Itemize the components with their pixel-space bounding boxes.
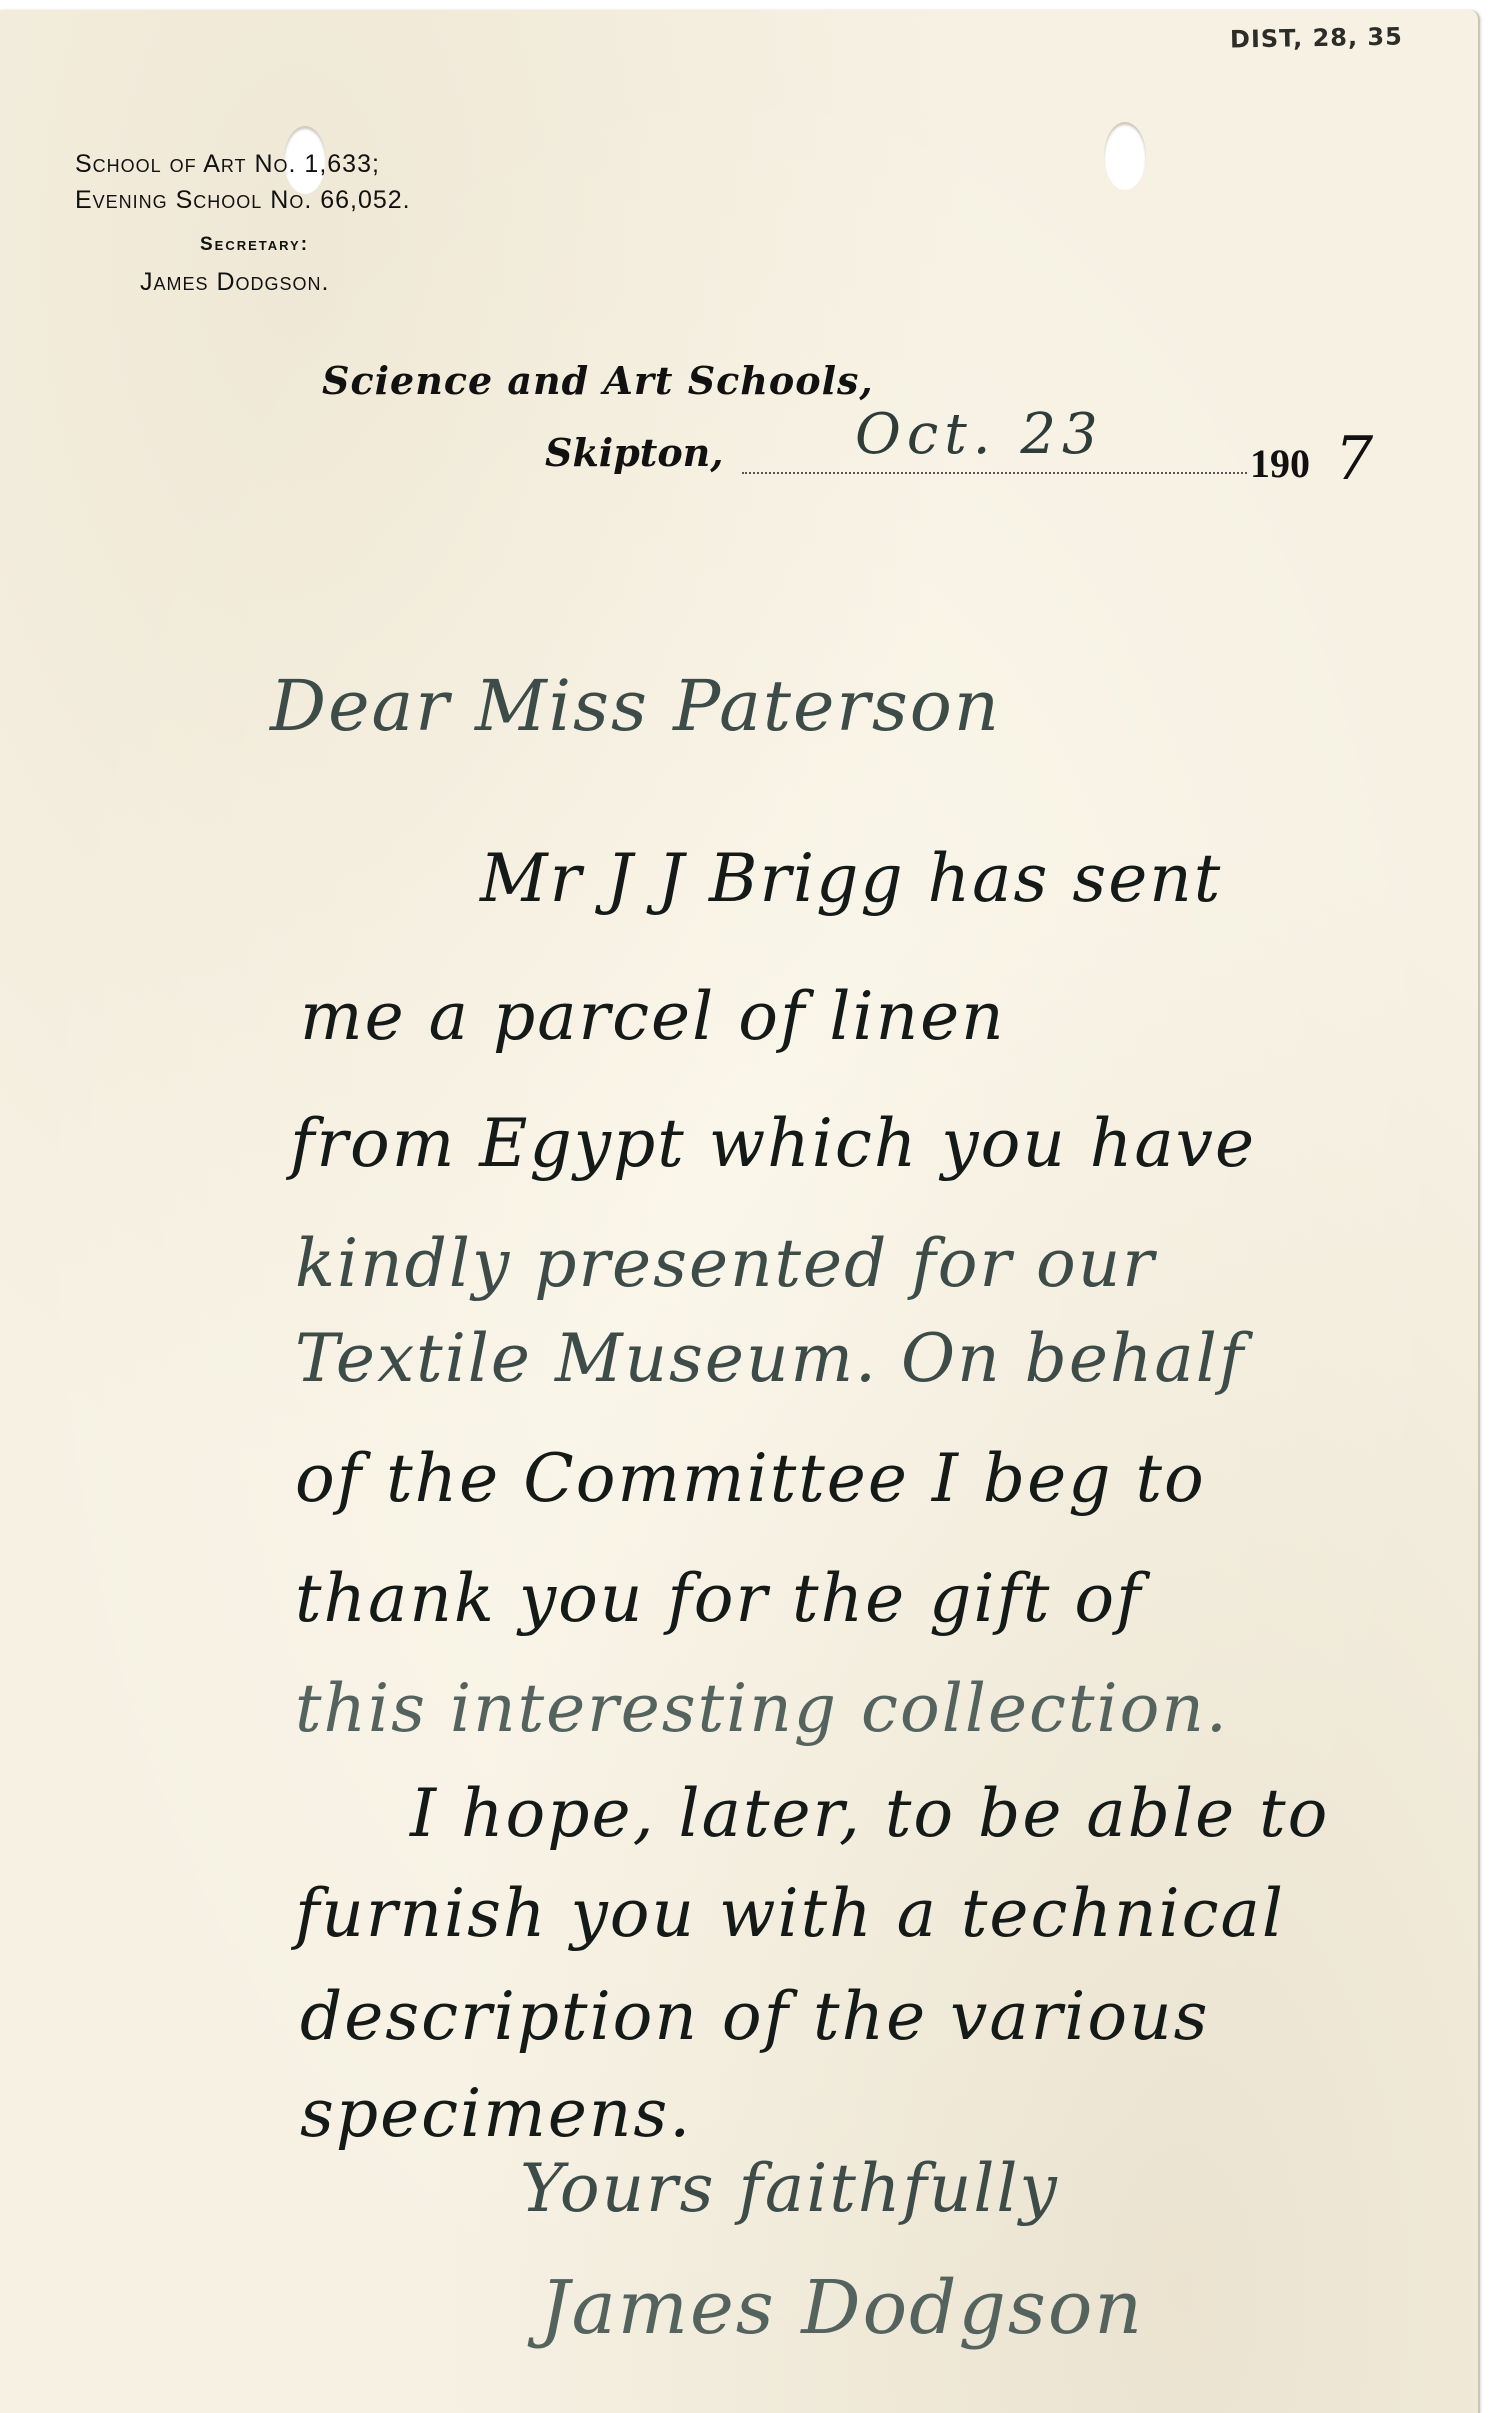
body-line-3: from Egypt which you have [290,1105,1256,1182]
archive-reference: DIST, 28, 35 [1230,22,1403,53]
place-date-line: Skipton, Oct. 23 190 7 [545,430,1375,490]
salutation: Dear Miss Paterson [270,665,1001,747]
body-line-2: me a parcel of linen [300,978,1006,1055]
punch-hole-right [1104,122,1146,190]
body-line-4: kindly presented for our [295,1225,1156,1302]
body-line-10: furnish you with a technical [295,1875,1285,1952]
body-line-1: Mr J J Brigg has sent [480,840,1222,917]
body-line-5: Textile Museum. On behalf [295,1320,1245,1397]
letter-sheet: DIST, 28, 35 School of Art No. 1,633; Ev… [0,10,1480,2413]
handwritten-date: Oct. 23 [855,402,1104,467]
body-line-8: this interesting collection. [295,1670,1229,1747]
secretary-name: James Dodgson. [140,268,329,297]
signature: James Dodgson [540,2265,1144,2351]
secretary-label: Secretary: [200,234,309,256]
closing: Yours faithfully [520,2150,1059,2227]
body-line-11: description of the various [300,1978,1210,2055]
letterhead-registration-block: School of Art No. 1,633; Evening School … [75,146,411,218]
date-dotted-rule [742,472,1247,474]
registration-line-art: School of Art No. 1,633; [75,146,411,182]
handwritten-year-digit: 7 [1335,424,1373,494]
registration-line-evening: Evening School No. 66,052. [75,182,411,218]
place-name: Skipton, [545,430,724,475]
printed-year-prefix: 190 [1250,440,1310,487]
body-line-12: specimens. [300,2075,692,2152]
body-line-9: I hope, later, to be able to [410,1775,1329,1852]
institution-name: Science and Art Schools, [322,358,874,403]
body-line-7: thank you for the gift of [295,1560,1143,1637]
body-line-6: of the Committee I beg to [295,1440,1206,1517]
